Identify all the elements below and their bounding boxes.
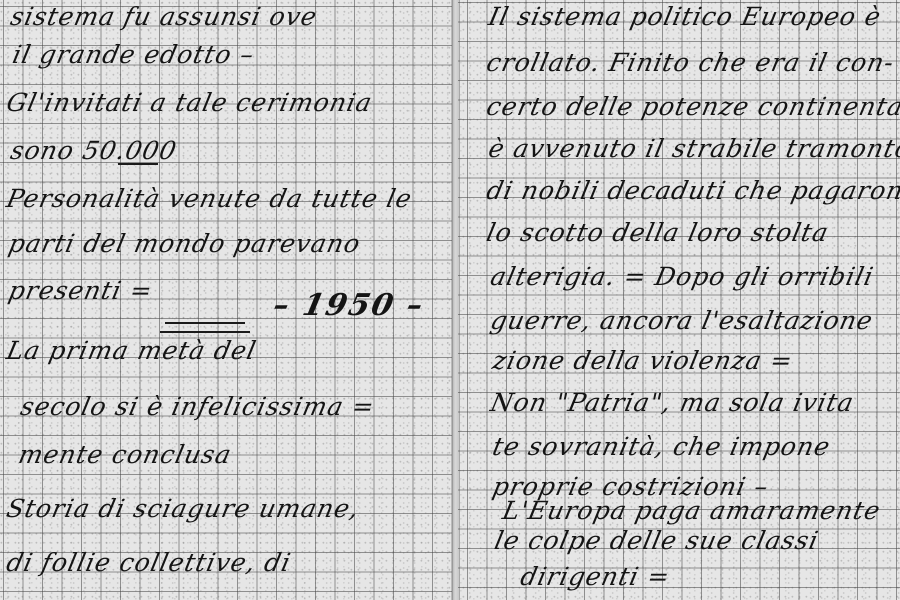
handwritten-line: è avvenuto il strabile tramonto (486, 134, 900, 163)
handwritten-line: le colpe delle sue classi (492, 526, 821, 555)
decorative-rule (165, 322, 245, 324)
handwritten-line: La prima metà del (4, 336, 259, 365)
handwritten-line: di follie collettive, di (4, 548, 294, 577)
right-page: Il sistema politico Europeo è crollato. … (458, 0, 900, 600)
handwritten-line: parti del mondo parevano (6, 229, 363, 258)
handwritten-line: dirigenti = (518, 562, 673, 591)
handwritten-line: Gl'invitati a tale cerimonia (4, 88, 375, 117)
handwritten-line: sistema fu assunsi ove (8, 2, 320, 31)
year-heading: – 1950 – (270, 288, 428, 323)
handwritten-line: Personalità venute da tutte le (4, 184, 415, 213)
handwritten-line: guerre, ancora l'esaltazione (488, 306, 876, 335)
handwritten-line: alterigia. = Dopo gli orribili (488, 262, 877, 291)
notebook-spread: sistema fu assunsi ove il grande edotto … (0, 0, 900, 600)
handwritten-line: di nobili decaduti che pagarono (484, 176, 900, 205)
handwritten-line: sono 50.000 (8, 136, 180, 165)
handwritten-line: presenti = (6, 276, 156, 305)
handwritten-line: Non "Patria", ma sola ivita (488, 388, 857, 417)
handwritten-line: certo delle potenze continentali (484, 92, 900, 121)
decorative-rule (160, 331, 250, 333)
handwritten-line: lo scotto della loro stolta (484, 218, 832, 247)
handwritten-line: te sovranità, che impone (490, 432, 833, 461)
handwritten-line: crollato. Finito che era il con- (484, 48, 897, 77)
handwritten-line: il grande edotto – (10, 40, 257, 69)
handwritten-line: Storia di sciagure umane, (4, 494, 362, 523)
handwritten-line: mente conclusa (16, 440, 235, 469)
handwritten-line: L'Europa paga amaramente (500, 496, 883, 525)
handwritten-line: Il sistema politico Europeo è (486, 2, 884, 31)
underline (118, 163, 158, 165)
handwritten-line: secolo si è infelicissima = (18, 392, 378, 421)
left-page: sistema fu assunsi ove il grande edotto … (0, 0, 452, 600)
handwritten-line: zione della violenza = (490, 346, 796, 375)
